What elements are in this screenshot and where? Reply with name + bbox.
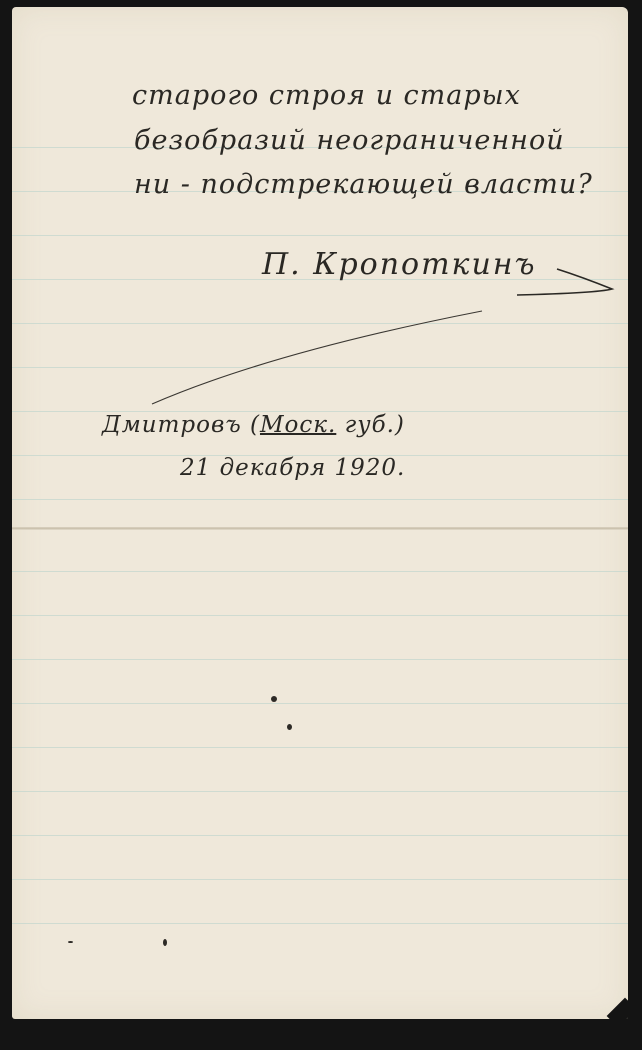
ruled-line (12, 615, 628, 616)
ink-speck (68, 941, 73, 943)
place-underlined: Моск. (260, 412, 336, 438)
body-text-line-1: старого строя и старых (132, 80, 521, 111)
ruled-line (12, 571, 628, 572)
ink-speck (271, 696, 277, 702)
ruled-line (12, 703, 628, 704)
signature: П. Кропоткинъ (262, 247, 537, 282)
ruled-line (12, 323, 628, 324)
ink-speck (287, 724, 292, 730)
ruled-line (12, 835, 628, 836)
body-text-line-2: безобразий неограниченной (134, 125, 565, 156)
paper-fold-crease (12, 527, 628, 530)
ruled-line (12, 747, 628, 748)
ruled-line (12, 879, 628, 880)
ink-speck (163, 939, 167, 946)
ruled-line (12, 367, 628, 368)
place-prefix: Дмитровъ ( (102, 412, 260, 438)
letter-sheet: старого строя и старых безобразий неогра… (12, 7, 628, 1019)
ruled-line (12, 791, 628, 792)
ruled-line (12, 923, 628, 924)
ruled-line (12, 235, 628, 236)
ruled-line (12, 499, 628, 500)
signature-flourish (12, 7, 628, 1019)
dateline-date: 21 декабря 1920. (180, 455, 405, 481)
scan-background: старого строя и старых безобразий неогра… (0, 0, 642, 1050)
body-text-line-3: ни - подстрекающей власти? (134, 169, 593, 200)
ruled-line (12, 659, 628, 660)
dateline-place: Дмитровъ (Моск. губ.) (102, 412, 405, 438)
place-suffix: губ.) (336, 412, 405, 438)
